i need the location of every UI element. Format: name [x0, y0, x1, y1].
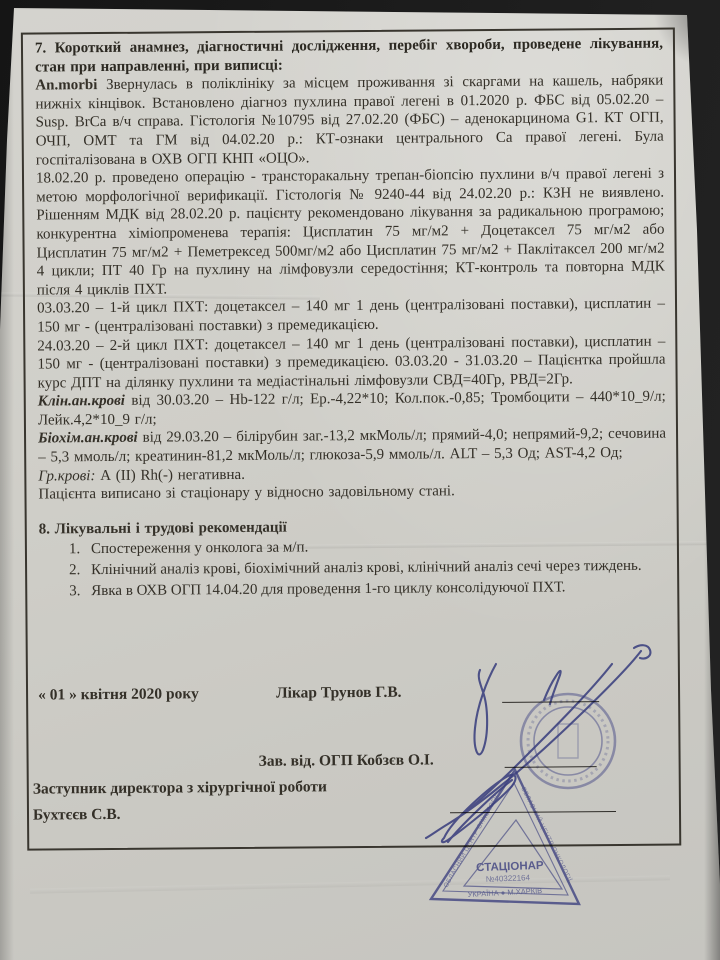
list-item: 2. Клінічний аналіз крові, біохімічний а…: [69, 557, 667, 581]
document-content: 7. Короткий анамнез, діагностичні дослід…: [0, 0, 720, 960]
list-item: 1. Спостереження у онколога за м/п.: [69, 536, 667, 560]
department-head-name: Зав. від. ОГП Кобзєв О.І.: [259, 751, 434, 770]
paragraph-cycle1: 03.03.20 – 1-й цикл ПХТ: доцетаксел – 14…: [37, 295, 665, 337]
doctor-name: Лікар Трунов Г.В.: [276, 684, 402, 703]
list-item-number: 3.: [69, 583, 91, 602]
section8-heading: 8. Лікувальні і трудові рекомендації: [39, 515, 667, 539]
form-border-box: 7. Короткий анамнез, діагностичні дослід…: [21, 28, 681, 851]
list-item-number: 2.: [69, 562, 91, 581]
paragraph-lead: Гр.крові:: [38, 468, 95, 484]
list-item-text: Явка в ОХВ ОГП 14.04.20 для проведення 1…: [91, 579, 565, 602]
photographed-document: 7. Короткий анамнез, діагностичні дослід…: [0, 0, 720, 960]
paragraph-operation: 18.02.20 р. проведено операцію - трансто…: [36, 165, 665, 300]
deputy-director-name: Бухтєєв С.В.: [33, 806, 121, 825]
paragraph-text: А (II) Rh(-) негативна.: [100, 467, 245, 484]
list-item: 3. Явка в ОХВ ОГП 14.04.20 для проведенн…: [69, 578, 667, 602]
list-item-text: Спостереження у онколога за м/п.: [91, 539, 309, 560]
signature-line-doctor: [502, 701, 599, 703]
signature-line-head: [505, 766, 597, 768]
paragraph-blood-clinical: Клін.ан.крові від 30.03.20 – Hb-122 г/л;…: [38, 388, 666, 430]
paragraph-text: Звернулась в поліклініку за місцем прожи…: [35, 73, 663, 168]
deputy-director-title: Заступник директора з хірургічної роботи: [33, 778, 327, 798]
paragraph-lead: Біохім.ан.крові: [38, 430, 138, 447]
signature-line-deputy: [450, 811, 616, 813]
section7-heading: 7. Короткий анамнез, діагностичні дослід…: [35, 35, 663, 77]
paragraph-lead: Клін.ан.крові: [38, 393, 125, 410]
paragraph-text: від 30.03.20 – Hb-122 г/л; Ер.-4,22*10; …: [38, 389, 666, 429]
list-item-text: Клінічний аналіз крові, біохімічний анал…: [91, 557, 642, 580]
paragraph-discharge-state: Пацієнта виписано зі стаціонару у віднос…: [38, 481, 666, 505]
paragraph-lead: An.morbi: [35, 77, 97, 93]
list-item-number: 1.: [69, 541, 91, 560]
paragraph-cycle2: 24.03.20 – 2-й цикл ПХТ: доцетаксел – 14…: [37, 332, 665, 393]
document-date: « 01 » квітня 2020 року: [38, 685, 199, 703]
paragraph-anmorbi: An.morbi Звернулась в поліклініку за міс…: [35, 72, 664, 170]
paragraph-blood-biochem: Біохім.ан.крові від 29.03.20 – білірубин…: [38, 425, 666, 467]
